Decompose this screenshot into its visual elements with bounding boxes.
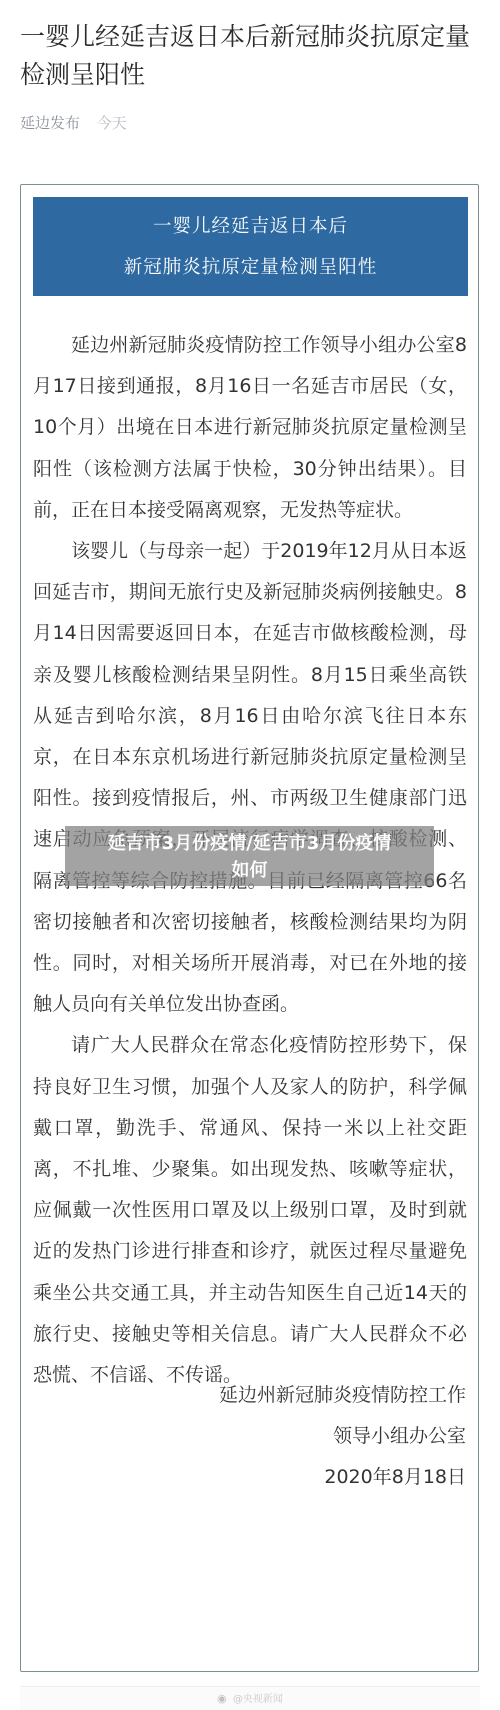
article-time: 今天: [97, 114, 127, 132]
overlay-line-1: 延吉市3月份疫情/延吉市3月份疫情: [65, 830, 434, 857]
headline-overlay-banner: 延吉市3月份疫情/延吉市3月份疫情 如何: [65, 826, 434, 886]
watermark-text: @央视新闻: [233, 1694, 283, 1705]
overlay-line-2: 如何: [65, 857, 434, 884]
notice-paragraph-3: 请广大人民群众在常态化疫情防控形势下，保持良好卫生习惯，加强个人及家人的防护，科…: [33, 1025, 467, 1396]
notice-header-banner: 一婴儿经延吉返日本后 新冠肺炎抗原定量检测呈阳性: [33, 197, 468, 296]
notice-header-line-1: 一婴儿经延吉返日本后: [33, 206, 468, 247]
notice-paragraph-1: 延边州新冠肺炎疫情防控工作领导小组办公室8月17日接到通报，8月16日一名延吉市…: [33, 325, 467, 531]
article-meta: 延边发布 今天: [20, 112, 127, 134]
notice-paragraph-2: 该婴儿（与母亲一起）于2019年12月从日本返回延吉市，期间无旅行史及新冠肺炎病…: [33, 531, 467, 1025]
notice-card: 一婴儿经延吉返日本后 新冠肺炎抗原定量检测呈阳性 延边州新冠肺炎疫情防控工作领导…: [20, 184, 479, 1672]
article-source[interactable]: 延边发布: [20, 114, 80, 132]
notice-header-line-2: 新冠肺炎抗原定量检测呈阳性: [33, 247, 468, 288]
signature-org-line-2: 领导小组办公室: [219, 1416, 466, 1457]
weibo-icon: ◉: [217, 1692, 227, 1705]
notice-signature: 延边州新冠肺炎疫情防控工作 领导小组办公室 2020年8月18日: [219, 1375, 466, 1498]
signature-date: 2020年8月18日: [219, 1457, 466, 1498]
article-title: 一婴儿经延吉返日本后新冠肺炎抗原定量检测呈阳性: [20, 18, 480, 94]
watermark-bar: ◉ @央视新闻: [20, 1686, 480, 1710]
signature-org-line-1: 延边州新冠肺炎疫情防控工作: [219, 1375, 466, 1416]
